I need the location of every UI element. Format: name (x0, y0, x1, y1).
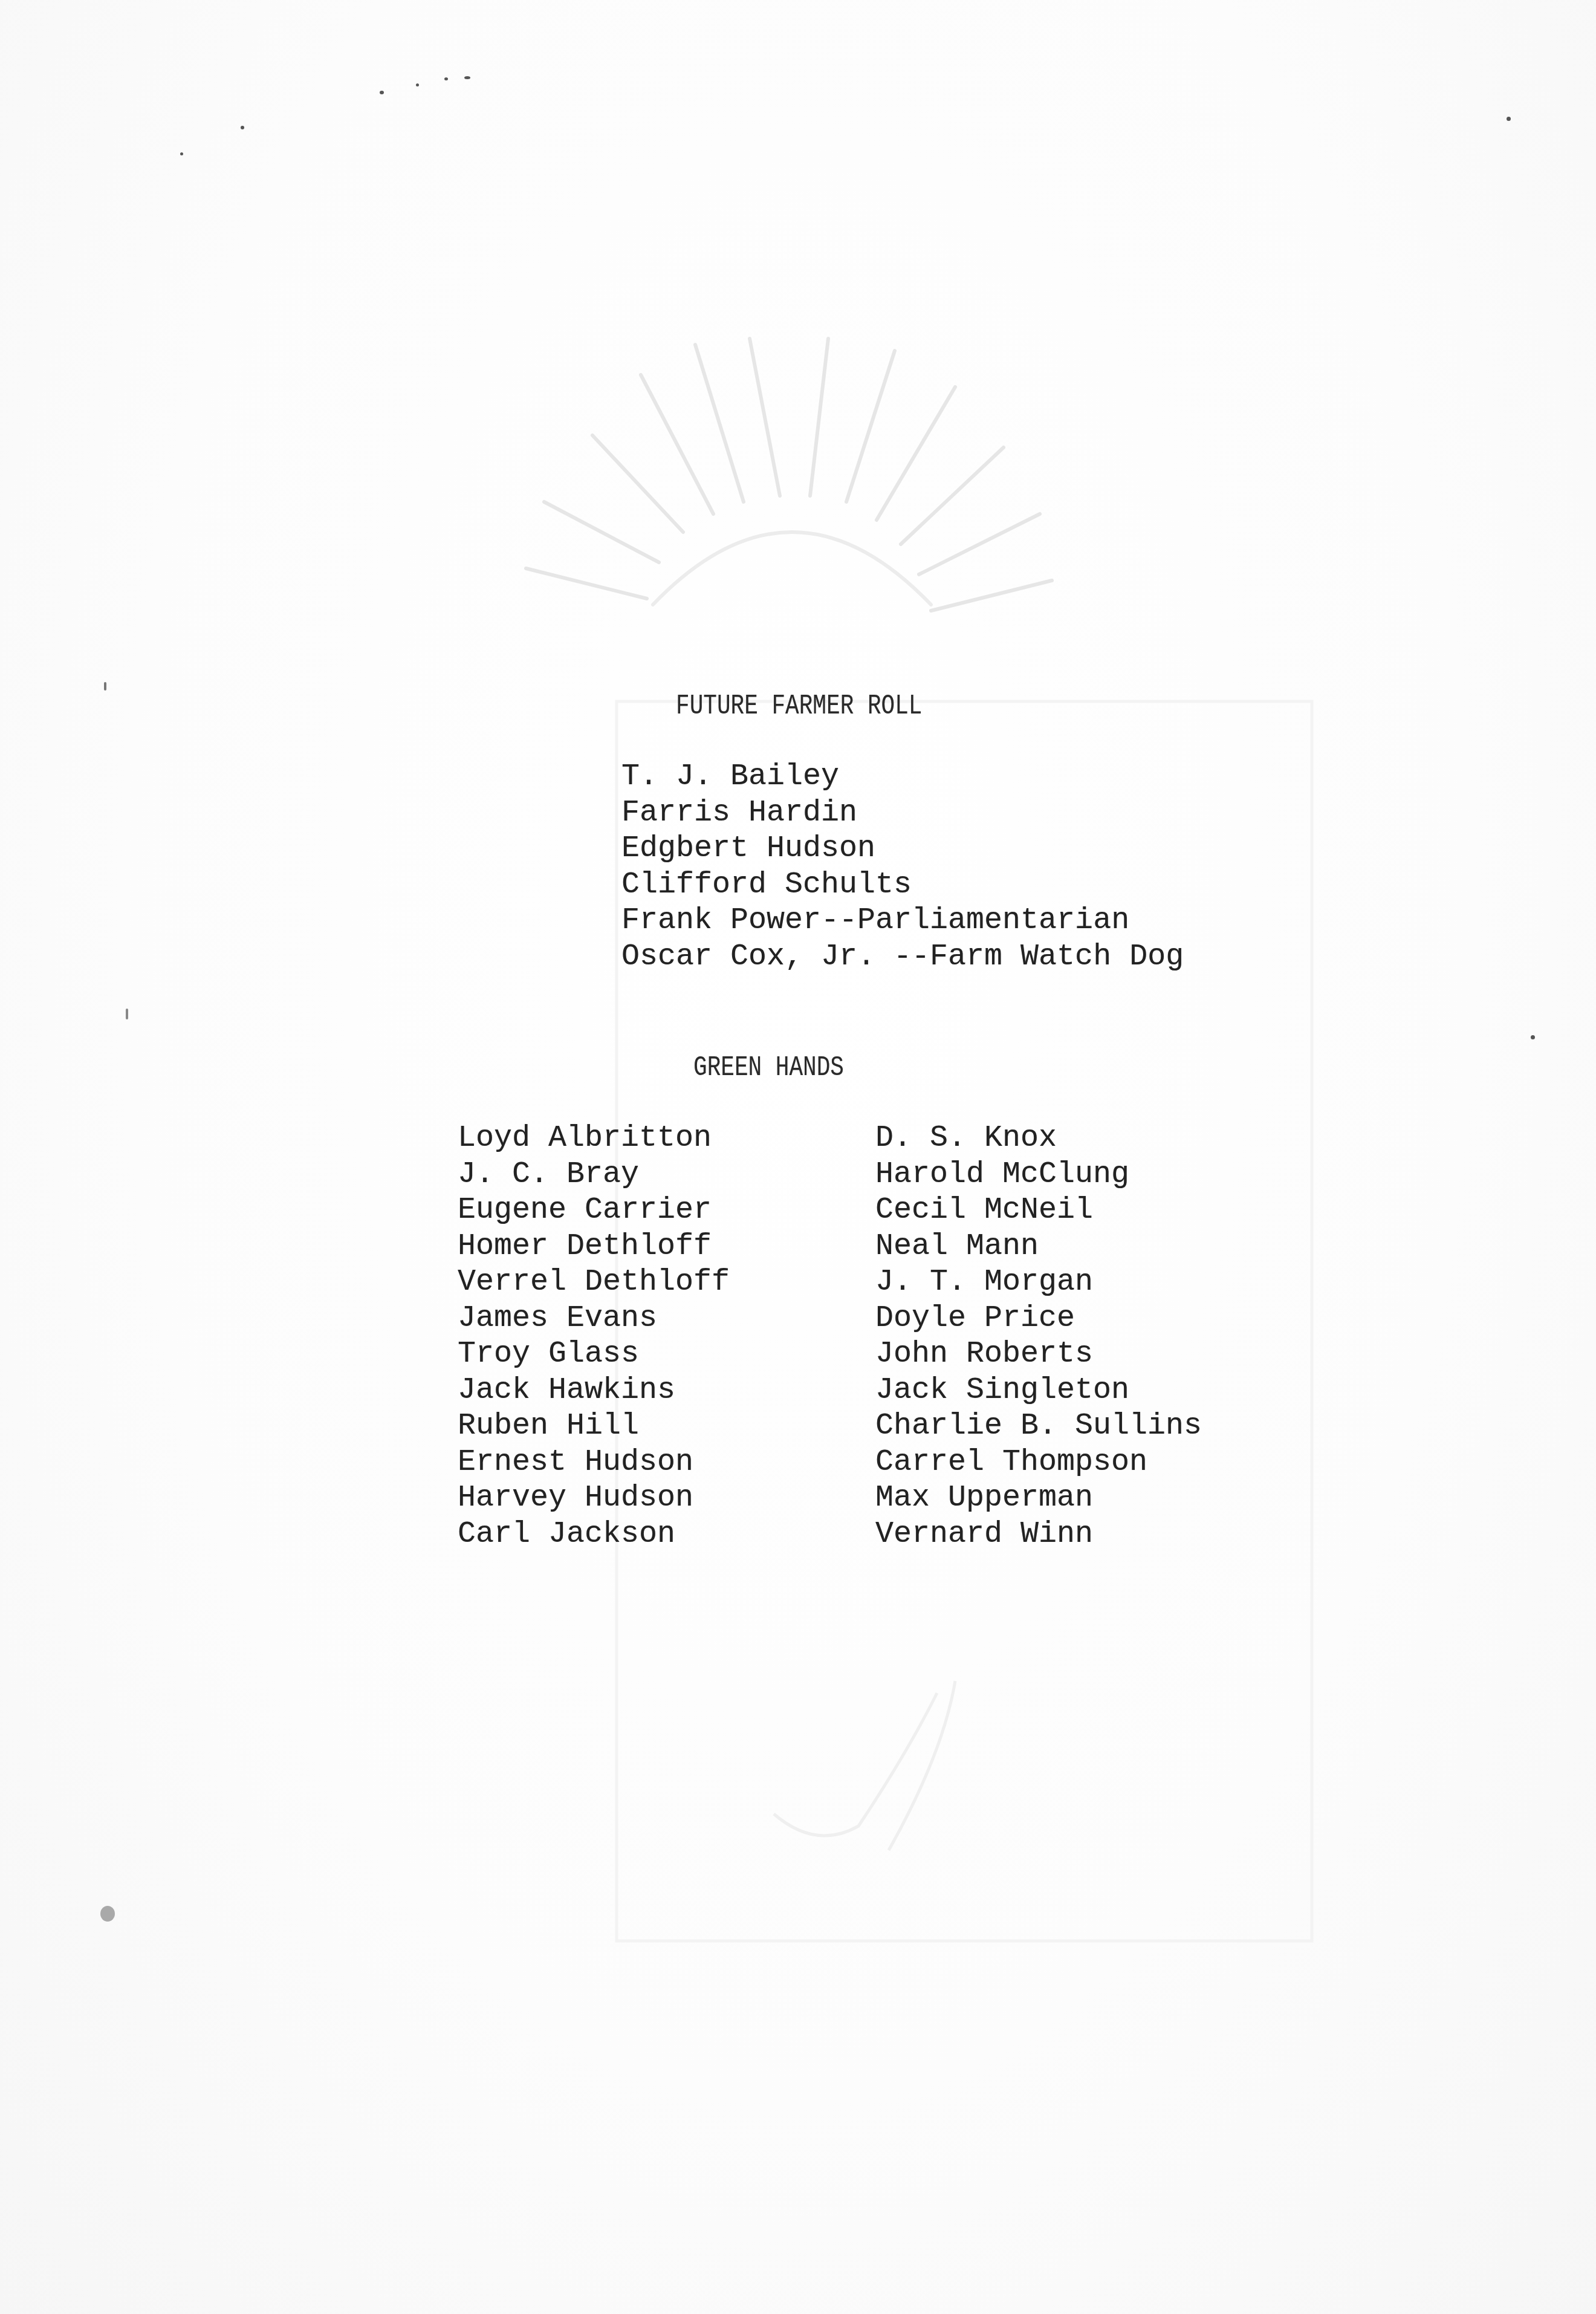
roll-member: Oscar Cox, Jr. --Farm Watch Dog (621, 939, 1184, 975)
green-hand-name: Carl Jackson (458, 1516, 730, 1553)
green-hand-name: Ernest Hudson (458, 1445, 730, 1481)
roll-member: Frank Power--Parliamentarian (621, 903, 1184, 939)
green-hand-name: Carrel Thompson (875, 1445, 1202, 1481)
green-hand-name: Homer Dethloff (458, 1229, 730, 1265)
ink-speck (416, 83, 419, 86)
green-hand-name: Neal Mann (875, 1229, 1202, 1265)
ink-speck (1507, 117, 1511, 121)
roll-title: FUTURE FARMER ROLL (676, 689, 922, 723)
ink-speck (1531, 1035, 1535, 1039)
green-hand-name: Harvey Hudson (458, 1480, 730, 1516)
green-hand-name: Verrel Dethloff (458, 1264, 730, 1301)
green-hands-title: GREEN HANDS (693, 1051, 844, 1085)
document-page: FUTURE FARMER ROLL T. J. BaileyFarris Ha… (0, 0, 1596, 2314)
green-hand-name: Loyd Albritton (458, 1120, 730, 1157)
green-hand-name: Jack Hawkins (458, 1373, 730, 1409)
green-hand-name: J. C. Bray (458, 1157, 730, 1193)
roll-member-list: T. J. BaileyFarris HardinEdgbert HudsonC… (621, 759, 1184, 975)
green-hand-name: James Evans (458, 1301, 730, 1337)
green-hand-name: John Roberts (875, 1336, 1202, 1373)
green-hands-left-column: Loyd AlbrittonJ. C. BrayEugene CarrierHo… (458, 1120, 730, 1552)
roll-member: Edgbert Hudson (621, 831, 1184, 867)
ink-speck (464, 76, 470, 79)
green-hand-name: Doyle Price (875, 1301, 1202, 1337)
green-hand-name: Ruben Hill (458, 1408, 730, 1445)
green-hand-name: Charlie B. Sullins (875, 1408, 1202, 1445)
green-hand-name: Harold McClung (875, 1157, 1202, 1193)
punch-mark (100, 1906, 115, 1922)
ink-speck (180, 152, 183, 155)
ink-speck (444, 77, 448, 80)
roll-member: Farris Hardin (621, 795, 1184, 831)
ink-speck (241, 126, 244, 129)
ink-speck (126, 1009, 128, 1019)
green-hand-name: D. S. Knox (875, 1120, 1202, 1157)
ink-speck (380, 91, 384, 94)
roll-member: T. J. Bailey (621, 759, 1184, 795)
bleed-through-emblem (0, 0, 1596, 2314)
green-hand-name: Cecil McNeil (875, 1192, 1202, 1229)
green-hand-name: Troy Glass (458, 1336, 730, 1373)
green-hand-name: Max Upperman (875, 1480, 1202, 1516)
green-hand-name: J. T. Morgan (875, 1264, 1202, 1301)
green-hands-right-column: D. S. KnoxHarold McClungCecil McNeilNeal… (875, 1120, 1202, 1552)
green-hand-name: Eugene Carrier (458, 1192, 730, 1229)
roll-member: Clifford Schults (621, 867, 1184, 903)
green-hand-name: Vernard Winn (875, 1516, 1202, 1553)
ink-speck (104, 682, 106, 691)
green-hand-name: Jack Singleton (875, 1373, 1202, 1409)
